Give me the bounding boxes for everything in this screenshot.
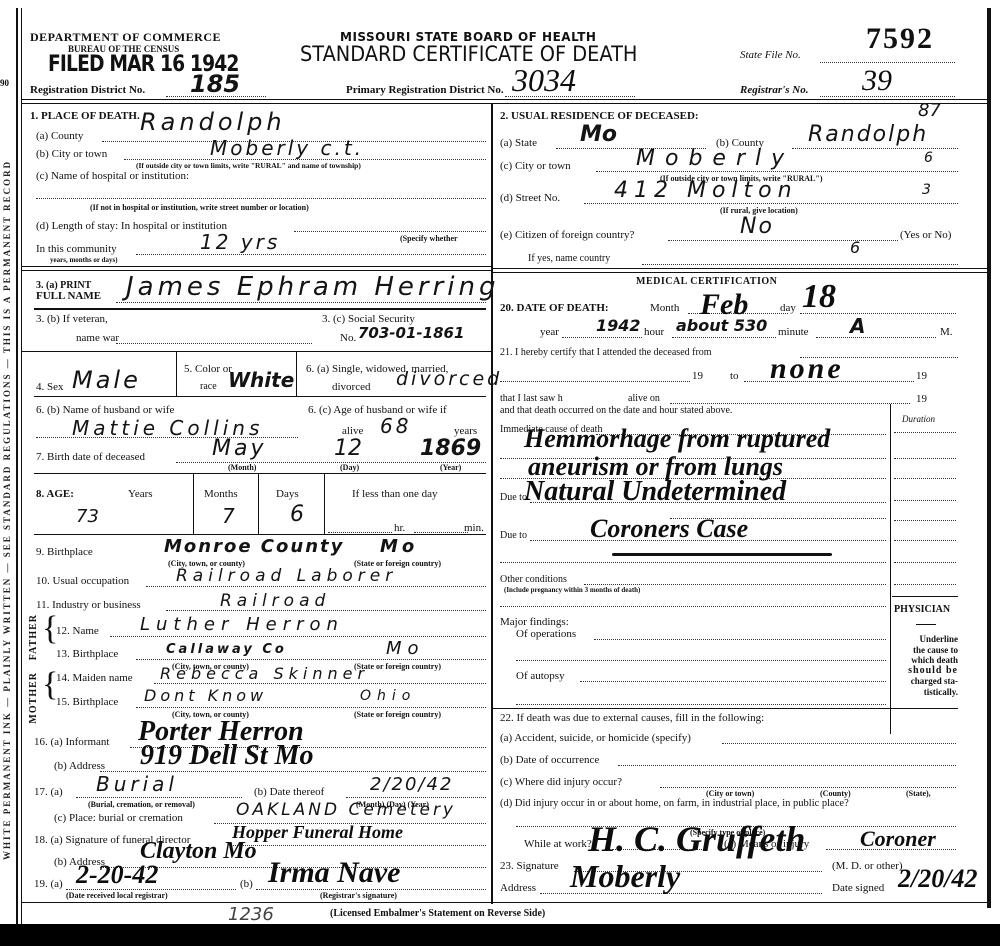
left-border-inner [21, 8, 22, 946]
community-note: years, months or days) [50, 256, 118, 264]
signature-label: 23. Signature [500, 860, 559, 872]
external-a-label: (a) Accident, suicide, or homicide (spec… [500, 732, 691, 744]
residence-heading: 2. USUAL RESIDENCE OF DECEASED: [500, 110, 699, 122]
duration-line-2 [894, 458, 956, 459]
to-19: 19 [916, 370, 927, 382]
rule-3 [22, 351, 492, 352]
rule-r-ext [492, 708, 958, 709]
mother-bp-city: Dont Know [144, 686, 267, 705]
external-c-city-cap: (City or town) [706, 789, 754, 798]
ss-number: 703-01-1861 [358, 324, 464, 342]
stay-label: (d) Length of stay: In hospital or insti… [36, 220, 227, 232]
occurred-label: and that death occurred on the date and … [500, 405, 732, 416]
burial-line [76, 797, 242, 798]
external-c-label: (c) Where did injury occur? [500, 776, 622, 788]
citizen-line [668, 240, 898, 241]
header-rule [22, 99, 988, 100]
to-label: to [730, 370, 739, 382]
mother-bp-line [136, 707, 486, 708]
mother-bp-label: 15. Birthplace [56, 696, 118, 708]
duration-rule [892, 596, 958, 597]
race-divider [296, 352, 297, 396]
due-to-cause-2: Coroners Case [590, 514, 748, 544]
color-label: 5. Color or [184, 363, 232, 375]
physician-title: PHYSICIAN [894, 604, 950, 615]
res-city-line [596, 171, 958, 172]
duration-line-8 [894, 584, 956, 585]
alive-on-label: alive on [628, 393, 660, 404]
received-label: 19. (a) [34, 878, 63, 890]
registrar-value: 39 [862, 64, 892, 98]
death-year-label: year [540, 326, 559, 338]
divorced-label: divorced [332, 381, 370, 393]
duration-line-7 [894, 562, 956, 563]
specify-note: (Specify whether [400, 234, 458, 243]
death-m-label: M. [940, 326, 953, 338]
res-state: Mo [580, 122, 617, 147]
res-city: Moberly [636, 146, 794, 171]
due-to-label-1: Due to [500, 492, 527, 503]
res-county-line [792, 148, 958, 149]
medical-heading: MEDICAL CERTIFICATION [636, 276, 777, 287]
from-line [500, 381, 690, 382]
rule-6 [34, 534, 486, 535]
city-note: (If outside city or town limits, write "… [136, 161, 361, 170]
margin-number: 90 [0, 78, 9, 88]
primary-reg-value: 3034 [512, 62, 576, 99]
embalmer-note: (Licensed Embalmer's Statement on Revers… [330, 908, 545, 919]
community-label: In this community [36, 243, 117, 255]
mother-bp-state: Ohio [360, 688, 416, 704]
burial-caption: (Burial, cremation, or removal) [88, 800, 195, 809]
alive-on-19: 19 [916, 393, 927, 405]
coroner-underline [612, 553, 832, 556]
sex-label: 4. Sex [36, 381, 64, 393]
right-border [987, 8, 991, 908]
operations-label: Of operations [516, 628, 576, 640]
res-street-line [584, 203, 958, 204]
father-name-label: 12. Name [56, 625, 99, 637]
date-thereof-line [346, 797, 486, 798]
father-name-line [110, 636, 486, 637]
death-county: Randolph [140, 108, 286, 136]
industry-value: Railroad [220, 591, 330, 611]
age-less-label: If less than one day [352, 488, 438, 500]
due-to-line-3 [500, 562, 886, 563]
state-file-line [820, 62, 955, 63]
other-note: (Include pregnancy within 3 months of de… [504, 586, 640, 594]
margin-code-4: 6 [850, 238, 860, 257]
age-label: 8. AGE: [36, 488, 74, 500]
birth-label: 7. Birth date of deceased [36, 451, 145, 463]
alive-on-line [670, 403, 910, 404]
state-file-label: State File No. [740, 49, 801, 61]
external-a-line [722, 743, 956, 744]
death-hour-label: hour [644, 326, 664, 338]
age-months: 7 [222, 504, 235, 528]
date-signed-value: 2/20/42 [898, 864, 977, 894]
rule-1 [22, 266, 492, 267]
external-heading: 22. If death was due to external causes,… [500, 712, 764, 724]
birth-day: 12 [334, 436, 362, 461]
war-label: name war [76, 332, 119, 344]
death-date-label: 20. DATE OF DEATH: [500, 302, 609, 314]
birth-year: 1869 [420, 436, 481, 461]
date-thereof-label: (b) Date thereof [254, 786, 324, 798]
physician-note-line: which death [894, 655, 958, 666]
md-label: (M. D. or other) [832, 860, 903, 872]
death-minute-label: minute [778, 326, 809, 338]
reg-district-value: 185 [190, 70, 240, 98]
reg-district-label: Registration District No. [30, 84, 145, 96]
name-line [116, 302, 486, 303]
physician-rule [916, 624, 936, 625]
bottom-number: 1236 [228, 904, 274, 925]
name-label-2: FULL NAME [36, 290, 101, 302]
physician-note-line: the cause to [894, 645, 958, 656]
duration-line-1 [894, 432, 956, 433]
year-caption: (Year) [440, 463, 461, 472]
death-year: 1942 [596, 316, 641, 335]
registrar-label: Registrar's No. [740, 84, 808, 96]
rule-r1b [492, 272, 988, 273]
ss-no-label: No. [340, 332, 356, 344]
citizen-value: No [740, 214, 774, 239]
left-border [16, 8, 18, 946]
external-c-state-cap: (State), [906, 789, 931, 798]
mother-state-cap: (State or foreign country) [354, 710, 441, 719]
father-bp-label: 13. Birthplace [56, 648, 118, 660]
external-b-line [618, 765, 956, 766]
side-instructions: WHITE PERMANENT INK — PLAINLY WRITTEN — … [2, 100, 16, 920]
hospital-line [36, 198, 486, 199]
age-years-label: Years [128, 488, 153, 500]
death-month-label: Month [650, 302, 679, 314]
age-div-2 [258, 474, 259, 534]
citizen-label: (e) Citizen of foreign country? [500, 229, 634, 241]
spouse-age: 68 [380, 414, 411, 438]
sex-value: Male [72, 366, 141, 394]
informant-label: 16. (a) Informant [34, 736, 109, 748]
major-findings-label: Major findings: [500, 616, 569, 628]
date-thereof: 2/20/42 [370, 774, 453, 795]
county-label: (a) County [36, 130, 83, 142]
rule-5 [34, 473, 486, 474]
external-c-line [660, 787, 956, 788]
bottom-dark-band [0, 924, 1000, 946]
race-label: race [200, 381, 217, 392]
mother-name-line [154, 683, 486, 684]
death-day-label: day [780, 302, 796, 314]
death-hour: about 530 [676, 316, 767, 335]
header-rule-2 [22, 103, 988, 104]
informant-address-label: (b) Address [54, 760, 105, 772]
place-heading: 1. PLACE OF DEATH. [30, 110, 140, 122]
registrar-caption: (Registrar's signature) [320, 891, 397, 900]
autopsy-line-2 [516, 704, 886, 705]
death-city: Moberly c.t. [210, 136, 364, 160]
min-line [414, 532, 468, 533]
place-burial-value: OAKLAND Cemetery [236, 800, 456, 820]
hospital-note: (If not in hospital or institution, writ… [90, 203, 309, 212]
rule-bottom [22, 902, 988, 903]
birthplace-city: Monroe County [164, 536, 344, 557]
other-line-2 [500, 606, 886, 607]
father-side-label: FATHER [28, 614, 39, 660]
full-name: James Ephram Herring [126, 272, 500, 302]
mother-name-label: 14. Maiden name [56, 672, 133, 684]
due-to-label-2: Due to [500, 530, 527, 541]
hospital-label: (c) Name of hospital or institution: [36, 170, 189, 182]
external-c-county-cap: (County) [820, 789, 851, 798]
occupation-label: 10. Usual occupation [36, 575, 129, 587]
funeral-value: Hopper Funeral Home [232, 822, 403, 843]
race-value: White [228, 368, 294, 392]
city-label: (b) City or town [36, 148, 107, 160]
burial-value: Burial [96, 772, 178, 796]
mother-name: Rebecca Skinner [160, 664, 369, 683]
res-city-label: (c) City or town [500, 160, 571, 172]
autopsy-line [580, 681, 886, 682]
age-months-label: Months [204, 488, 238, 500]
physician-address: Moberly [570, 858, 680, 895]
month-caption: (Month) [228, 463, 256, 472]
physician-note-line: charged sta- [894, 676, 958, 687]
place-burial-label: (c) Place: burial or cremation [54, 812, 183, 824]
occupation-value: Railroad Laborer [176, 566, 397, 586]
sex-divider [176, 352, 177, 396]
veteran-label: 3. (b) If veteran, [36, 313, 108, 325]
registrar-sig-label: (b) [240, 878, 253, 890]
external-b-label: (b) Date of occurrence [500, 754, 599, 766]
birthplace-label: 9. Birthplace [36, 546, 93, 558]
country-label: If yes, name country [528, 253, 610, 264]
duration-line-4 [894, 500, 956, 501]
community-value: 12 yrs [200, 230, 280, 254]
age-div-1 [193, 474, 194, 534]
age-days-label: Days [276, 488, 299, 500]
marital-value: divorced [396, 368, 502, 390]
physician-signature: H. C. Gruffeth [588, 818, 805, 860]
funeral-line [230, 845, 486, 846]
res-street-label: (d) Street No. [500, 192, 560, 204]
res-county: Randolph [808, 122, 928, 147]
country-line [642, 264, 958, 265]
age-div-3 [324, 474, 325, 534]
received-date: 2-20-42 [76, 860, 158, 890]
from-19: 19 [692, 370, 703, 382]
birthplace-state: Mo [380, 536, 418, 557]
death-ampm: A [850, 314, 865, 338]
date-signed-label: Date signed [832, 882, 884, 894]
spouse-label: 6. (b) Name of husband or wife [36, 404, 174, 416]
duration-divider [890, 404, 891, 734]
physician-note-line: Underline [894, 634, 958, 645]
center-divider [491, 104, 493, 904]
father-bp-line [136, 659, 486, 660]
citizen-note: (Yes or No) [900, 229, 951, 241]
physician-note: Underline the cause to which death shoul… [894, 634, 958, 697]
work-label: While at work? [524, 838, 592, 850]
dept-heading: DEPARTMENT OF COMMERCE [30, 30, 221, 45]
primary-reg-label: Primary Registration District No. [346, 84, 504, 96]
other-label: Other conditions [500, 574, 567, 585]
margin-code-1: 87 [918, 100, 941, 121]
father-bp-city: Callaway Co [166, 642, 287, 657]
means-value: Coroner [860, 826, 936, 852]
mother-side-label: MOTHER [28, 672, 39, 724]
attended-to: none [770, 352, 844, 386]
rule-1b [22, 270, 492, 271]
birth-month: May [212, 436, 266, 461]
external-d-label: (d) Did injury occur in or about home, o… [500, 798, 849, 809]
duration-label: Duration [902, 414, 935, 424]
death-minute-line [816, 337, 936, 338]
received-caption: (Date received local registrar) [66, 891, 168, 900]
day-caption: (Day) [340, 463, 359, 472]
rule-2 [34, 308, 486, 310]
certify-label: 21. I hereby certify that I attended the… [500, 347, 712, 358]
death-year-line [562, 337, 642, 338]
informant-address: 919 Dell St Mo [140, 740, 313, 772]
occupation-line [146, 586, 486, 587]
death-hour-line [672, 337, 776, 338]
operations-line [594, 639, 886, 640]
due-to-cause-1: Natural Undetermined [524, 476, 786, 508]
immediate-cause-1: Hemmorhage from ruptured [524, 424, 830, 454]
operations-line-2 [516, 660, 886, 661]
min-label: min. [464, 522, 484, 534]
stay-line [294, 231, 486, 232]
age-days: 6 [290, 502, 304, 527]
certificate-title: STANDARD CERTIFICATE OF DEATH [300, 42, 637, 66]
registrar-signature: Irma Nave [268, 856, 400, 890]
community-line [136, 254, 486, 255]
res-street: 412 Molton [614, 178, 798, 203]
father-name: Luther Herron [140, 614, 344, 635]
last-saw-label: that I last saw h [500, 393, 563, 404]
duration-line-5 [894, 520, 956, 521]
other-line [584, 584, 886, 585]
rule-4 [34, 396, 486, 397]
duration-line-3 [894, 478, 956, 479]
duration-line-6 [894, 540, 956, 541]
autopsy-label: Of autopsy [516, 670, 565, 682]
rule-r1 [492, 268, 988, 269]
hr-line [328, 532, 392, 533]
margin-code-2: 6 [924, 150, 933, 166]
state-file-value: 7592 [866, 22, 934, 56]
age-years: 73 [76, 506, 99, 527]
physician-note-line: tistically. [894, 687, 958, 698]
war-line [116, 343, 312, 344]
father-bp-state: Mo [386, 638, 425, 659]
spouse-age-label: 6. (c) Age of husband or wife if [308, 404, 447, 416]
death-day: 18 [802, 278, 836, 316]
address-label: Address [500, 882, 536, 894]
physician-note-line: should be [894, 666, 958, 677]
margin-code-3: 3 [922, 182, 931, 198]
hr-label: hr. [394, 522, 405, 534]
burial-label: 17. (a) [34, 786, 63, 798]
res-state-label: (a) State [500, 137, 537, 149]
